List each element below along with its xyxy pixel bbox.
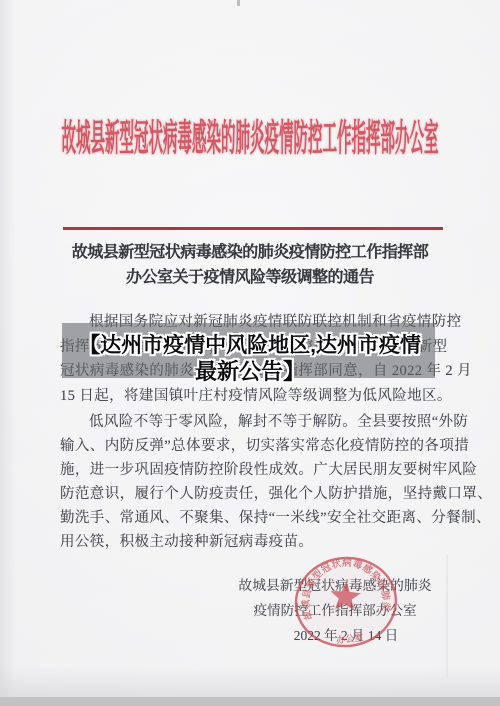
body-line: 输入、内防反弹”总体要求，切实落实常态化疫情防控的各项措 <box>60 434 469 455</box>
top-edge-mark <box>237 0 240 6</box>
body-line: 用公筷，积极主动接种新冠病毒疫苗。 <box>60 530 313 551</box>
body-line: 勤洗手、常通风、不聚集、保持“一米线”安全社交距离、分餐制、 <box>60 506 491 527</box>
body-line: 施，进一步巩固疫情防控阶段性成效。广大居民朋友要树牢风险 <box>60 458 477 479</box>
watermark-caption-line-2: 最新公告】 <box>0 355 500 386</box>
photo-bottom-shadow <box>0 666 500 697</box>
body-line: 防范意识，履行个人防疫责任，强化个人防护措施，坚持戴口罩、 <box>60 482 492 503</box>
red-divider <box>63 227 443 230</box>
notice-title-line-1: 故城县新型冠状病毒感染的肺炎疫情防控工作指挥部 <box>0 239 500 262</box>
paper-crease <box>446 555 448 677</box>
body-line: 15 日起，将建国镇叶庄村疫情风险等级调整为低风险地区。 <box>60 384 452 405</box>
document-photo: 故城县新型冠状病毒感染的肺炎疫情防控工作指挥部办公室 故城县新型冠状病毒感染的肺… <box>0 0 500 706</box>
body-line: 低风险不等于零风险，解封不等于解防。全县要按照“外防 <box>89 410 468 431</box>
notice-title-line-2: 办公室关于疫情风险等级调整的通告 <box>0 264 500 287</box>
photo-bottom-edge <box>0 697 500 706</box>
official-seal: 故城县新型冠状病毒感染的肺炎疫情防控工作指挥部 办公室 <box>286 548 406 659</box>
letterhead-text: 故城县新型冠状病毒感染的肺炎疫情防控工作指挥部办公室 <box>0 110 500 153</box>
